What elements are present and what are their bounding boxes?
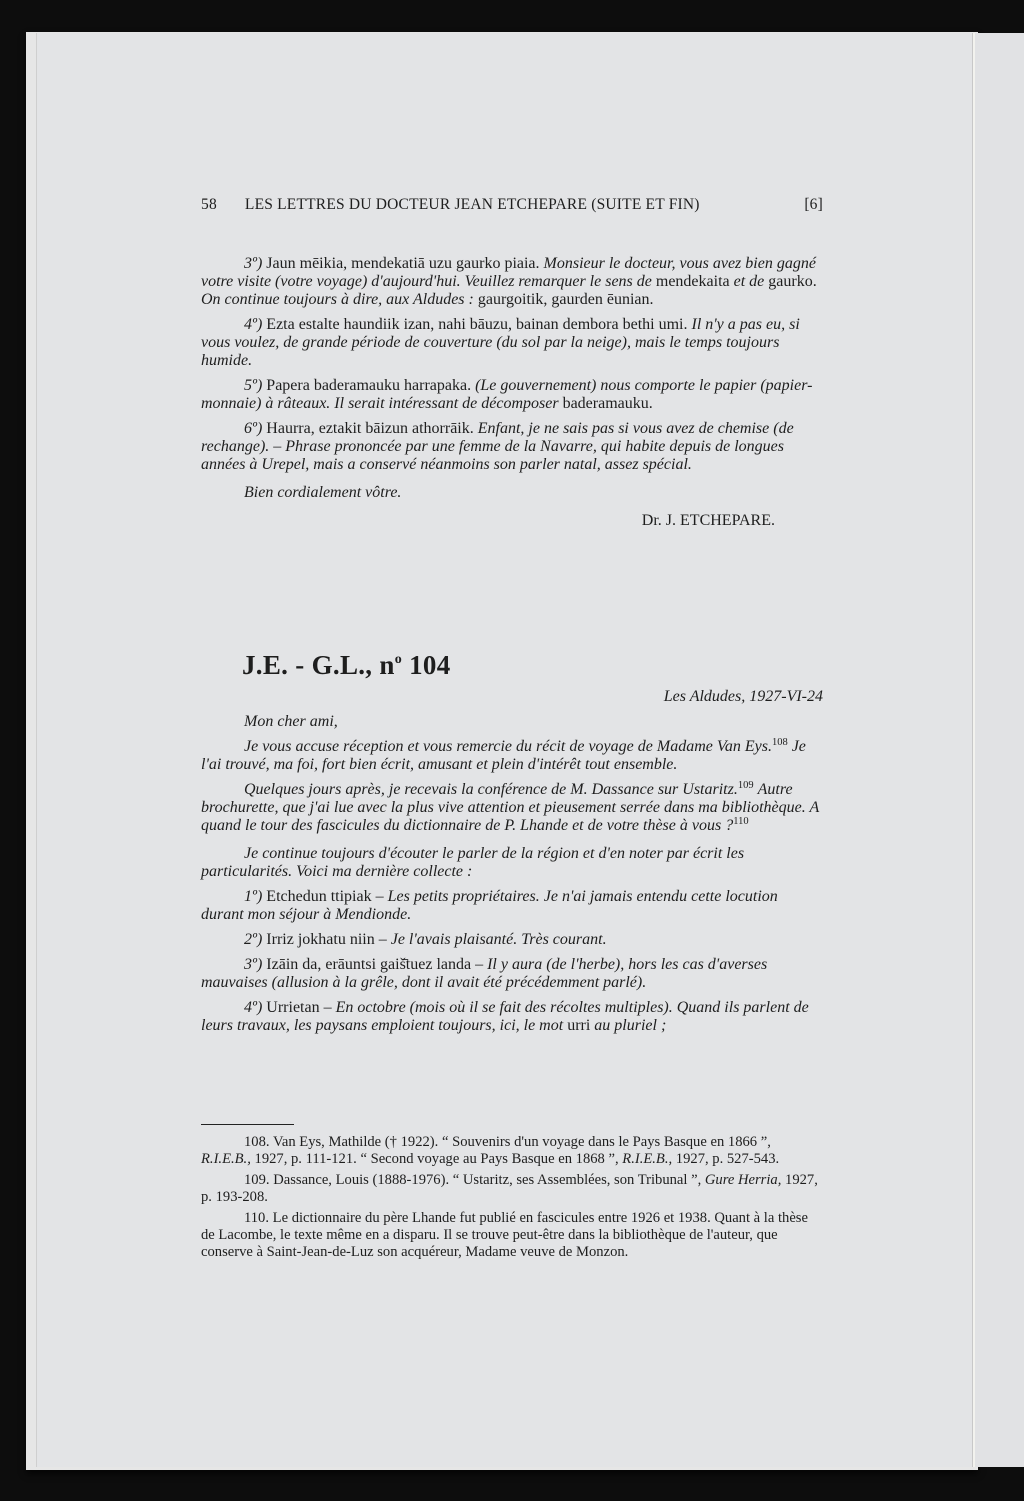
running-head: 58 LES LETTRES DU DOCTEUR JEAN ETCHEPARE…	[201, 196, 823, 214]
closing-text: Bien cordialement vôtre.	[244, 484, 401, 501]
journal-name: R.I.E.B.,	[201, 1151, 251, 1167]
basque-phrase: Haurra, eztakit bāizun athorrāik.	[266, 420, 473, 437]
basque-phrase: Papera baderamauku harrapaka.	[266, 377, 471, 394]
item-3: 3º) Jaun mēikia, mendekatiā uzu gaurko p…	[201, 255, 823, 309]
basque-phrase: Irriz jokhatu niin	[266, 931, 374, 948]
journal-name: Gure Herria,	[705, 1172, 781, 1188]
page-number: 58	[201, 196, 217, 214]
salutation-text: Mon cher ami,	[244, 713, 338, 730]
closing: Bien cordialement vôtre.	[201, 484, 823, 502]
paragraph-1: Je vous accuse réception et vous remerci…	[201, 738, 823, 774]
letter-heading: J.E. - G.L., no 104	[201, 648, 823, 682]
footnote-109: 109. Dassance, Louis (1888-1976). “ Usta…	[201, 1172, 823, 1205]
item-number: 4º)	[244, 316, 262, 333]
paragraph-2: Quelques jours après, je recevais la con…	[201, 781, 823, 835]
footnote-text: Van Eys, Mathilde († 1922). “ Souvenirs …	[273, 1134, 771, 1150]
dateline: Les Aldudes, 1927-VI-24	[201, 688, 823, 706]
letter-104: J.E. - G.L., no 104 Les Aldudes, 1927-VI…	[201, 648, 823, 1042]
item-5: 5º) Papera baderamauku harrapaka. (Le go…	[201, 377, 823, 413]
item-1: 1º) Etchedun ttipiak – Les petits propri…	[201, 888, 823, 924]
letter-103-end: 3º) Jaun mēikia, mendekatiā uzu gaurko p…	[201, 255, 823, 537]
item-number: 4º)	[244, 999, 262, 1016]
paragraph-text: Quelques jours après, je recevais la con…	[244, 781, 738, 798]
basque-word: mendekaita	[656, 273, 730, 290]
footnote-number: 109.	[244, 1172, 270, 1188]
item-4: 4º) Ezta estalte haundiik izan, nahi bāu…	[201, 316, 823, 370]
footnote-text: 1927, p. 111-121. “ Second voyage au Pay…	[255, 1151, 619, 1167]
french-gloss: On continue toujours à dire, aux Aldudes…	[201, 291, 474, 308]
footnote-110: 110. Le dictionnaire du père Lhande fut …	[201, 1210, 823, 1260]
basque-word: baderamauku.	[563, 395, 653, 412]
item-4: 4º) Urrietan – En octobre (mois où il se…	[201, 999, 823, 1035]
signature: Dr. J. ETCHEPARE.	[201, 512, 823, 530]
item-number: 3º)	[244, 956, 262, 973]
item-2: 2º) Irriz jokhatu niin – Je l'avais plai…	[201, 931, 823, 949]
item-number: 6º)	[244, 420, 262, 437]
french-gloss: et de	[734, 273, 765, 290]
paragraph-text: Je vous accuse réception et vous remerci…	[244, 738, 772, 755]
heading-prefix: J.E. - G.L., n	[242, 650, 395, 680]
heading-number: 104	[409, 650, 450, 680]
running-title: LES LETTRES DU DOCTEUR JEAN ETCHEPARE (S…	[245, 196, 700, 214]
basque-phrase: Ezta estalte haundiik izan, nahi bāuzu, …	[266, 316, 687, 333]
footnote-ref-108[interactable]: 108	[772, 737, 788, 748]
item-number: 3º)	[244, 255, 262, 272]
footnotes: 108. Van Eys, Mathilde († 1922). “ Souve…	[201, 1124, 823, 1265]
journal-name: R.I.E.B.,	[622, 1151, 672, 1167]
item-number: 1º)	[244, 888, 262, 905]
basque-word: urri	[567, 1017, 590, 1034]
french-gloss: au pluriel ;	[594, 1017, 666, 1034]
item-number: 5º)	[244, 377, 262, 394]
footnote-text: Le dictionnaire du père Lhande fut publi…	[201, 1210, 808, 1259]
footnote-ref-110[interactable]: 110	[733, 816, 748, 827]
footnote-ref-109[interactable]: 109	[738, 780, 754, 791]
heading-ordinal: o	[395, 652, 402, 667]
salutation: Mon cher ami,	[201, 713, 823, 731]
facing-page-edge	[975, 33, 1024, 1467]
footnote-number: 110.	[244, 1210, 269, 1226]
basque-phrase: Jaun mēikia, mendekatiā uzu gaurko piaia…	[266, 255, 539, 272]
basque-word: gaurgoitik, gaurden ēunian.	[478, 291, 654, 308]
footnote-108: 108. Van Eys, Mathilde († 1922). “ Souve…	[201, 1134, 823, 1167]
section-number: [6]	[804, 196, 823, 214]
basque-phrase: Urrietan	[266, 999, 319, 1016]
french-gloss: – Je l'avais plaisanté. Très courant.	[379, 931, 607, 948]
basque-phrase: Etchedun ttipiak	[266, 888, 371, 905]
basque-word: gaurko.	[768, 273, 816, 290]
footnote-text: Dassance, Louis (1888-1976). “ Ustaritz,…	[273, 1172, 701, 1188]
dateline-text: Les Aldudes, 1927-VI-24	[664, 688, 823, 705]
footnote-text: 1927, p. 527-543.	[676, 1151, 779, 1167]
item-number: 2º)	[244, 931, 262, 948]
basque-phrase: Izāin da, erāuntsi gaiš̄tuez landa	[266, 956, 471, 973]
item-6: 6º) Haurra, eztakit bāizun athorrāik. En…	[201, 420, 823, 474]
footnote-rule	[201, 1124, 294, 1125]
footnote-number: 108.	[244, 1134, 270, 1150]
item-3: 3º) Izāin da, erāuntsi gaiš̄tuez landa –…	[201, 956, 823, 992]
paragraph-text: Je continue toujours d'écouter le parler…	[201, 845, 744, 880]
paragraph-3: Je continue toujours d'écouter le parler…	[201, 845, 823, 881]
